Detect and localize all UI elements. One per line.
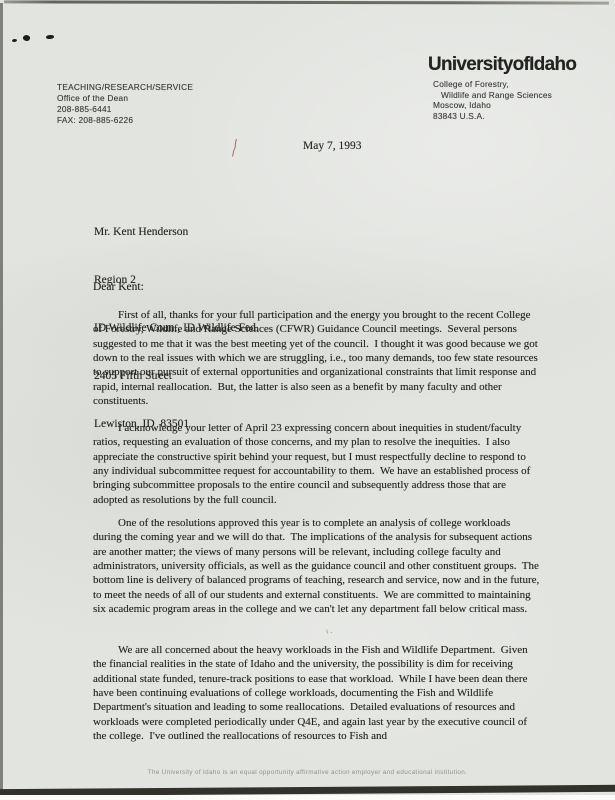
letterhead-line: College of Forestry, [433,79,552,90]
salutation: Dear Kent: [93,281,144,293]
body-paragraph-3: One of the resolutions approved this yea… [93,516,541,616]
body-paragraph-4: We are all concerned about the heavy wor… [93,643,541,743]
letterhead-line: TEACHING/RESEARCH/SERVICE [57,82,193,93]
letterhead-department-block: TEACHING/RESEARCH/SERVICE Office of the … [57,82,193,126]
letterhead-address-block: College of Forestry, Wildlife and Range … [433,79,552,121]
body-paragraph-2: I acknowledge your letter of April 23 ex… [93,421,541,507]
ink-mark [46,35,54,39]
letter-date: May 7, 1993 [303,140,361,152]
letterhead-line: Wildlife and Range Sciences [433,90,552,101]
body-paragraph-1: First of all, thanks for your full parti… [93,308,541,408]
pencil-smudge: ι. [326,626,335,636]
scan-edge-top [4,0,609,4]
letterhead-line: 83843 U.S.A. [433,111,552,122]
letterhead-line: Office of the Dean [57,93,193,104]
letterhead-line: Moscow, Idaho [433,100,552,111]
ink-mark [22,34,31,42]
recipient-line: Mr. Kent Henderson [94,224,259,240]
scan-edge-bottom-white [0,795,615,800]
university-logo-wordmark: UniversityofIdaho [428,53,576,76]
scan-edge-left [0,3,3,790]
red-pen-mark [231,139,239,162]
letter-page: TEACHING/RESEARCH/SERVICE Office of the … [0,0,615,800]
equal-opportunity-footer: The University of Idaho is an equal oppo… [0,769,615,776]
ink-mark [12,39,17,43]
letterhead-line: 208-885-6441 [57,104,193,115]
letterhead-line: FAX: 208-885-6226 [57,115,193,126]
